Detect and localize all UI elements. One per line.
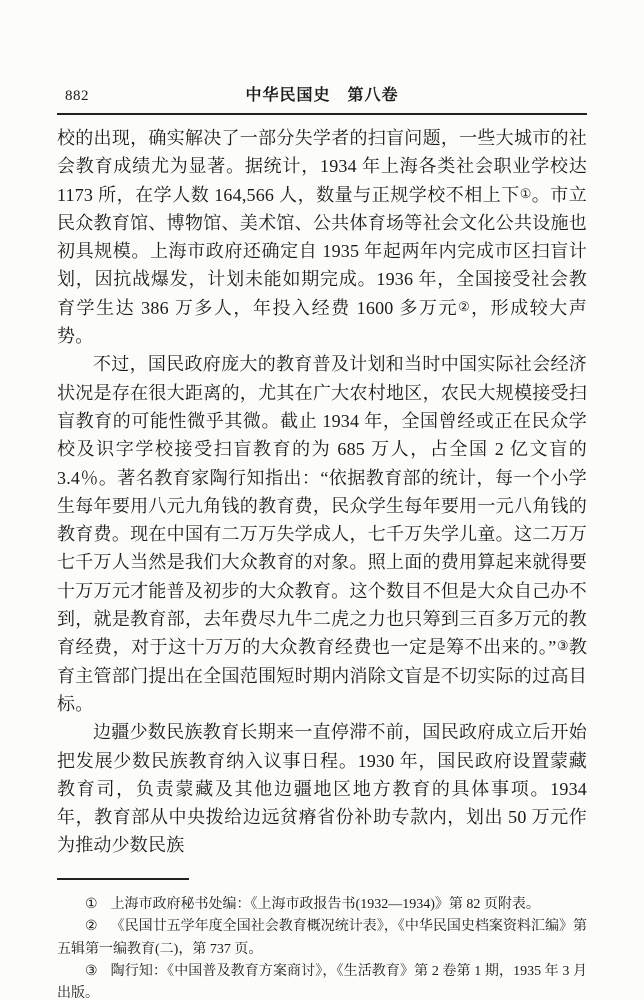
footnote-ref-2: ② [458,299,471,314]
paragraph-3-text: 边疆少数民族教育长期来一直停滞不前，国民政府成立后开始把发展少数民族教育纳入议事… [57,722,587,855]
footnote-item: ③陶行知：《中国普及教育方案商讨》，《生活教育》第 2 卷第 1 期，1935 … [57,961,587,1000]
header-rule [57,113,587,115]
book-page: 882 中华民国史 第八卷 校的出现，确实解决了一部分失学者的扫盲问题，一些大城… [0,0,644,1000]
footnote-marker: ① [85,897,98,912]
book-title: 中华民国史 第八卷 [57,86,587,106]
footnote-marker: ② [85,919,98,934]
footnote-item: ①上海市政府秘书处编：《上海市政报告书(1932—1934)》第 82 页附表。 [57,894,587,916]
paragraph-2-text: 不过，国民政府庞大的教育普及计划和当时中国实际社会经济状况是存在很大距离的，尤其… [57,354,587,657]
footnote-marker: ③ [85,964,98,979]
page-number: 882 [65,86,89,106]
paragraph-2: 不过，国民政府庞大的教育普及计划和当时中国实际社会经济状况是存在很大距离的，尤其… [57,350,587,718]
paragraph-1: 校的出现，确实解决了一部分失学者的扫盲问题，一些大城市的社会教育成绩尤为显著。据… [57,124,587,350]
footnote-ref-3: ③ [556,638,568,653]
paragraph-3: 边疆少数民族教育长期来一直停滞不前，国民政府成立后开始把发展少数民族教育纳入议事… [57,718,587,859]
footnote-item: ②《民国廿五学年度全国社会教育概况统计表》，《中华民国史档案资料汇编》第五辑第一… [57,916,587,961]
footnote-text: 陶行知：《中国普及教育方案商讨》，《生活教育》第 2 卷第 1 期，1935 年… [57,964,587,1000]
footnote-separator [57,878,189,880]
body-text: 校的出现，确实解决了一部分失学者的扫盲问题，一些大城市的社会教育成绩尤为显著。据… [57,124,587,860]
page-header: 882 中华民国史 第八卷 [57,86,587,106]
paragraph-1-text: 校的出现，确实解决了一部分失学者的扫盲问题，一些大城市的社会教育成绩尤为显著。据… [57,128,587,205]
footnote-text: 《民国廿五学年度全国社会教育概况统计表》，《中华民国史档案资料汇编》第五辑第一编… [57,919,587,956]
footnote-text: 上海市政府秘书处编：《上海市政报告书(1932—1934)》第 82 页附表。 [111,897,540,912]
footnotes: ①上海市政府秘书处编：《上海市政报告书(1932—1934)》第 82 页附表。… [57,894,587,1000]
footnote-ref-1: ① [520,186,532,201]
